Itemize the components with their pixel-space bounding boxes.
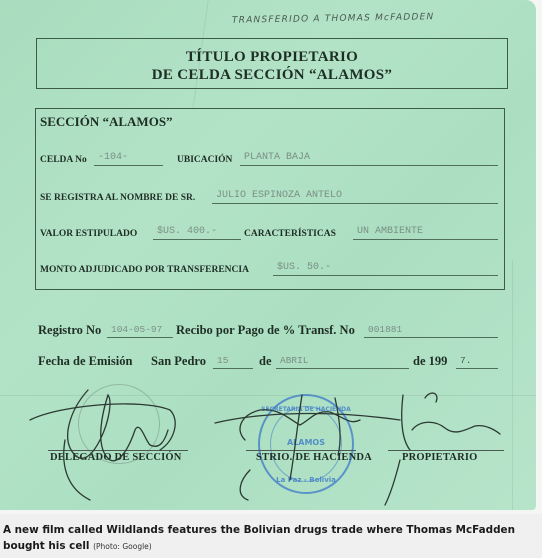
handwritten-signatures (0, 0, 536, 510)
photo-caption: A new film called Wildlands features the… (3, 522, 541, 555)
title-deed-paper: TRANSFERIDO A THOMAS McFADDEN TÍTULO PRO… (0, 0, 536, 510)
document-photo: TRANSFERIDO A THOMAS McFADDEN TÍTULO PRO… (0, 0, 542, 514)
caption-text: A new film called Wildlands features the… (3, 524, 515, 552)
photo-credit: (Photo: Google) (93, 542, 152, 551)
